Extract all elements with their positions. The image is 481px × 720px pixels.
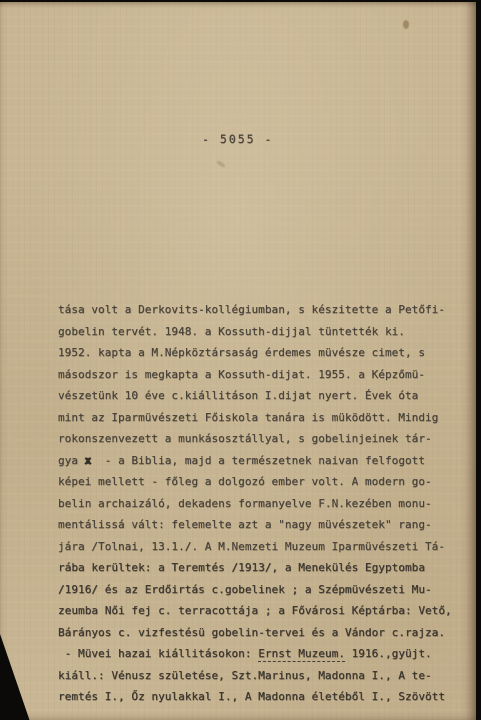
text-line: tása volt a Derkovits-kollégiumban, s ké… <box>58 299 463 321</box>
scan-frame: - 5055 - tása volt a Derkovits-kollégium… <box>0 0 481 720</box>
text-line: Bárányos c. vizfestésü gobelin-tervei és… <box>58 622 463 644</box>
text-line: vészetünk 10 éve c.kiállitáson I.dijat n… <box>58 385 463 407</box>
text-line: 1952. kapta a M.Népköztársaság érdemes m… <box>58 342 463 364</box>
text-line: zeumba Női fej c. terracottája ; a Fővár… <box>58 600 463 622</box>
text-line: remtés I., Őz nyulakkal I., A Madonna él… <box>58 686 463 708</box>
page-number: - 5055 - <box>202 132 273 146</box>
text-line: képei mellett - főleg a dolgozó ember vo… <box>58 471 463 493</box>
text-line: /1916/ és az Erdőirtás c.gobelinek ; a S… <box>58 579 463 601</box>
text-line: mint az Iparmüvészeti Főiskola tanára is… <box>58 407 463 429</box>
text-line: mentálissá vált: felemelte azt a "nagy m… <box>58 514 463 536</box>
text-line: rába kerültek: a Teremtés /1913/, a Mene… <box>58 557 463 579</box>
typewritten-text-block: tása volt a Derkovits-kollégiumban, s ké… <box>58 299 463 708</box>
text-line-with-strikeover: gya x - a Biblia, majd a természetnek na… <box>58 450 463 472</box>
text-segment: - Müvei hazai kiállitásokon: <box>58 647 258 660</box>
paper-stain <box>403 20 409 29</box>
paper-stain <box>216 159 226 168</box>
text-segment: gya <box>58 454 85 467</box>
text-line: másodszor is megkapta a Kossuth-dijat. 1… <box>58 364 463 386</box>
text-line: belin archaizáló, dekadens formanyelve F… <box>58 493 463 515</box>
text-line: kiáll.: Vénusz születése, Szt.Marinus, M… <box>58 665 463 687</box>
underlined-text: Ernst Muzeum. <box>258 647 345 662</box>
scanned-page: - 5055 - tása volt a Derkovits-kollégium… <box>0 2 476 720</box>
text-line: rokonszenvezett a munkásosztállyal, s go… <box>58 428 463 450</box>
text-segment: 1916.,gyüjt. <box>345 647 432 660</box>
text-line: jára /Tolnai, 13.1./. A M.Nemzeti Muzeum… <box>58 536 463 558</box>
text-line-with-underline: - Müvei hazai kiállitásokon: Ernst Muzeu… <box>58 643 463 665</box>
text-segment: - a Biblia, majd a természetnek naivan f… <box>91 454 425 467</box>
text-line: gobelin tervét. 1948. a Kossuth-dijjal t… <box>58 321 463 343</box>
